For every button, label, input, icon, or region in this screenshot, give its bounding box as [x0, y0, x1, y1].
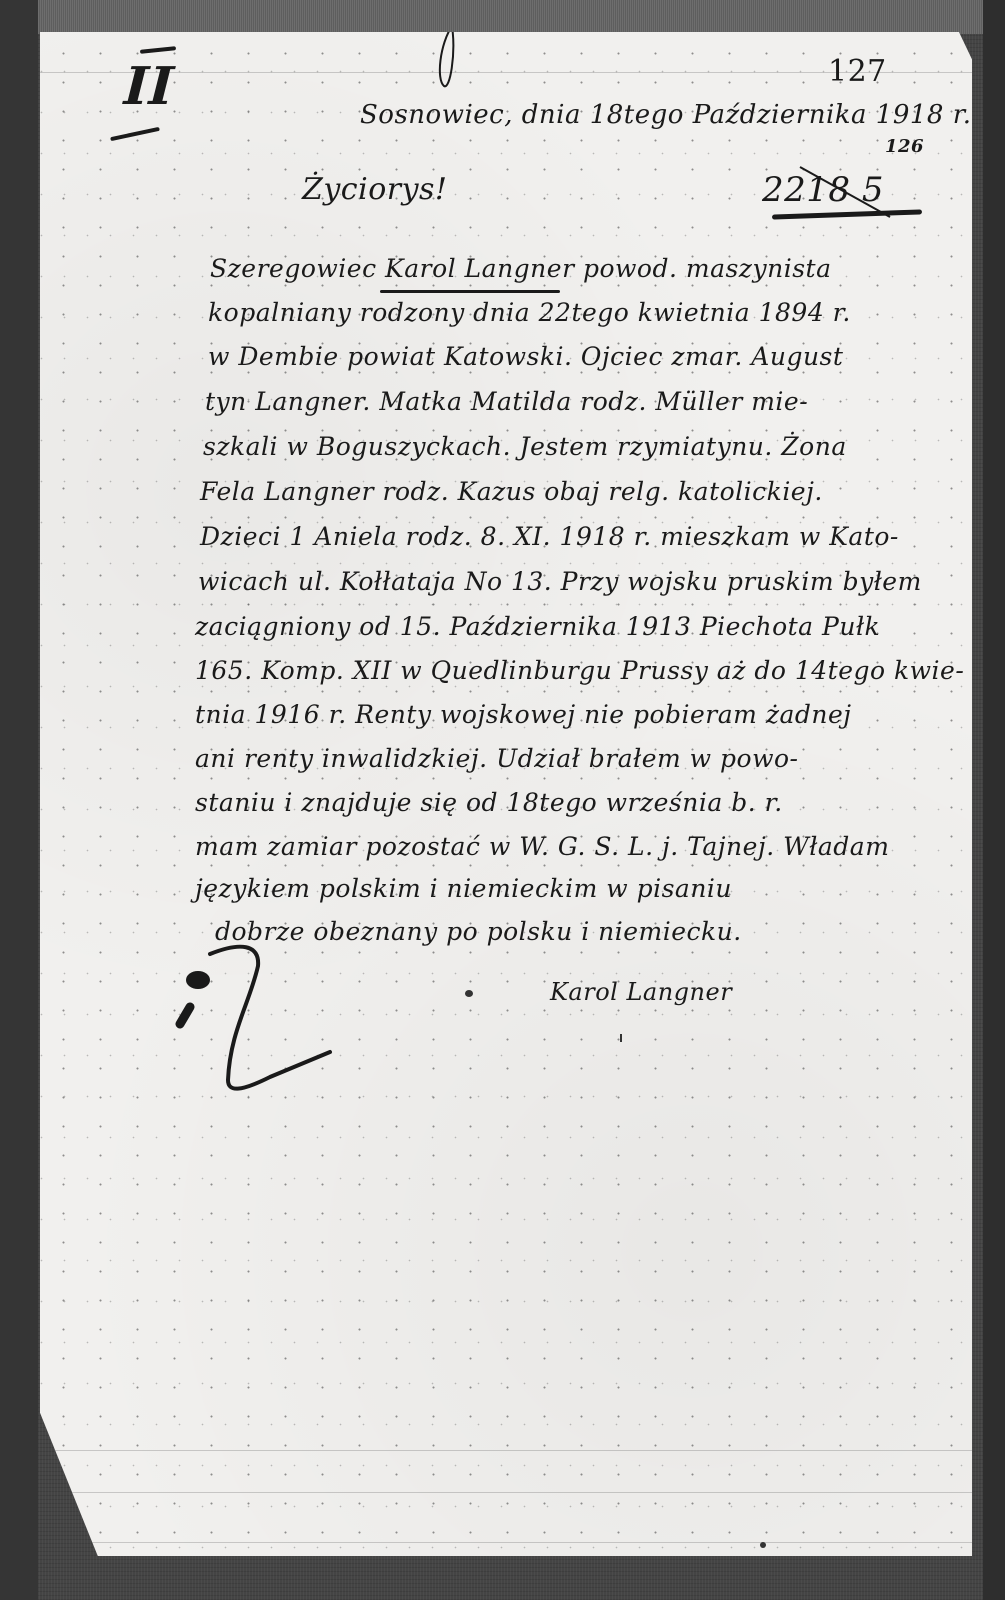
body-line: Fela Langner rodz. Kazus obaj relg. kato…: [200, 477, 823, 506]
body-line: językiem polskim i niemieckim w pisaniu: [195, 874, 732, 903]
ink-spot: [465, 990, 473, 997]
document-page: II 127 Sosnowiec, dnia 18tego Październi…: [40, 32, 972, 1556]
body-line: w Dembie powiat Katowski. Ojciec zmar. A…: [208, 342, 843, 371]
ruled-line: [40, 1492, 972, 1493]
body-line: Szeregowiec Karol Langner powod. maszyni…: [210, 254, 831, 283]
body-line: dobrze obeznany po polsku i niemiecku.: [215, 917, 742, 946]
margin-mark-icon: [150, 952, 370, 1112]
name-underline: [380, 290, 560, 293]
ruled-line: [40, 1450, 972, 1451]
body-line: zaciągniony od 15. Października 1913 Pie…: [195, 612, 880, 641]
body-line: tyn Langner. Matka Matilda rodz. Müller …: [205, 387, 808, 416]
place-date-line: Sosnowiec, dnia 18tego Października 1918…: [360, 100, 972, 130]
ink-spot: [760, 1542, 766, 1548]
body-line: staniu i znajduje się od 18tego września…: [195, 788, 783, 817]
body-line: szkali w Boguszyckach. Jestem rzymiatynu…: [203, 432, 847, 461]
scanner-right-edge: [983, 0, 1005, 1600]
signature: Karol Langner: [550, 978, 732, 1006]
ruled-line: [40, 1542, 972, 1543]
body-line: ani renty inwalidzkiej. Udział brałem w …: [195, 744, 798, 773]
body-line: mam zamiar pozostać w W. G. S. L. j. Taj…: [195, 832, 889, 861]
body-line: 165. Komp. XII w Quedlinburgu Prussy aż …: [195, 656, 964, 685]
ink-spot: [620, 1034, 622, 1042]
page-number: 127: [828, 54, 887, 89]
body-line: kopalniany rodzony dnia 22tego kwietnia …: [208, 298, 851, 327]
flourish-icon: [430, 24, 470, 104]
document-title: Życiorys!: [302, 172, 448, 207]
body-line: Dzieci 1 Aniela rodz. 8. XI. 1918 r. mie…: [200, 522, 899, 551]
scanner-top-edge: [0, 0, 1005, 34]
scanner-left-edge: [0, 0, 38, 1600]
registry-overwrite: 126: [885, 136, 924, 157]
body-line: tnia 1916 r. Renty wojskowej nie pobiera…: [195, 700, 852, 729]
body-line: wicach ul. Kołłataja No 13. Przy wojsku …: [198, 567, 922, 596]
